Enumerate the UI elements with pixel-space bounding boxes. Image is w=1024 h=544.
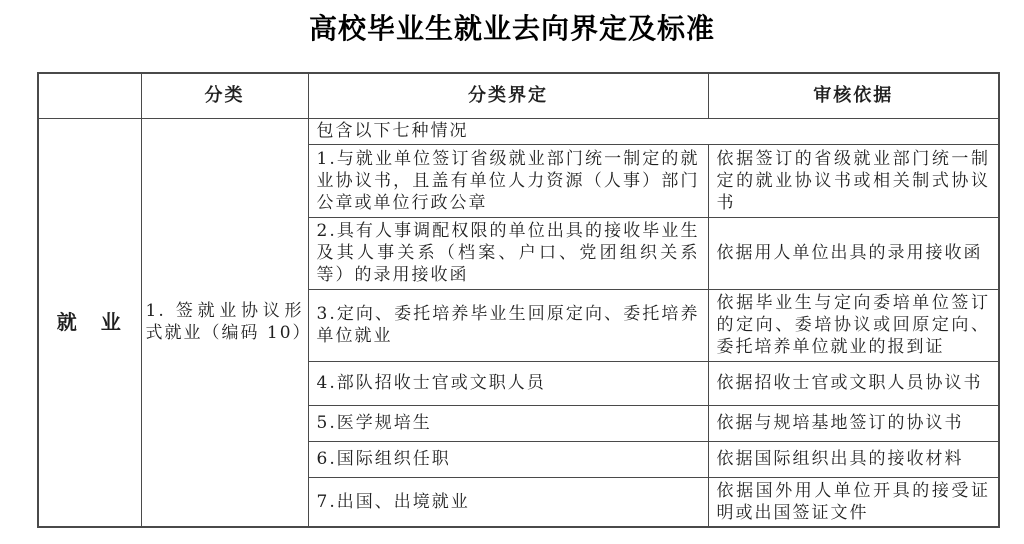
- intro-row: 就 业 1. 签就业协议形式就业（编码 10） 包含以下七种情况: [38, 118, 999, 144]
- definition-cell: 3.定向、委托培养毕业生回原定向、委托培养单位就业: [308, 289, 708, 361]
- header-cell-category: 分类: [141, 73, 308, 118]
- header-cell-basis: 审核依据: [708, 73, 999, 118]
- basis-cell: 依据国外用人单位开具的接受证明或出国签证文件: [708, 477, 999, 527]
- definition-cell: 7.出国、出境就业: [308, 477, 708, 527]
- page-title: 高校毕业生就业去向界定及标准: [0, 12, 1024, 46]
- header-cell-definition: 分类界定: [308, 73, 708, 118]
- definition-cell: 6.国际组织任职: [308, 441, 708, 477]
- category-group-cell: 就 业: [38, 118, 141, 527]
- basis-cell: 依据与规培基地签订的协议书: [708, 405, 999, 441]
- basis-cell: 依据用人单位出具的录用接收函: [708, 217, 999, 289]
- basis-cell: 依据招收士官或文职人员协议书: [708, 361, 999, 405]
- header-row: 分类 分类界定 审核依据: [38, 73, 999, 118]
- intro-cell: 包含以下七种情况: [308, 118, 999, 144]
- employment-definition-table: 分类 分类界定 审核依据 就 业 1. 签就业协议形式就业（编码 10） 包含以…: [37, 72, 1000, 528]
- basis-cell: 依据国际组织出具的接收材料: [708, 441, 999, 477]
- definition-cell: 5.医学规培生: [308, 405, 708, 441]
- definition-cell: 2.具有人事调配权限的单位出具的接收毕业生及其人事关系（档案、户口、党团组织关系…: [308, 217, 708, 289]
- basis-cell: 依据毕业生与定向委培单位签订的定向、委培协议或回原定向、委托培养单位就业的报到证: [708, 289, 999, 361]
- definition-cell: 4.部队招收士官或文职人员: [308, 361, 708, 405]
- header-cell-empty: [38, 73, 141, 118]
- basis-cell: 依据签订的省级就业部门统一制定的就业协议书或相关制式协议书: [708, 144, 999, 217]
- definition-cell: 1.与就业单位签订省级就业部门统一制定的就业协议书，且盖有单位人力资源（人事）部…: [308, 144, 708, 217]
- category-cell: 1. 签就业协议形式就业（编码 10）: [141, 118, 308, 527]
